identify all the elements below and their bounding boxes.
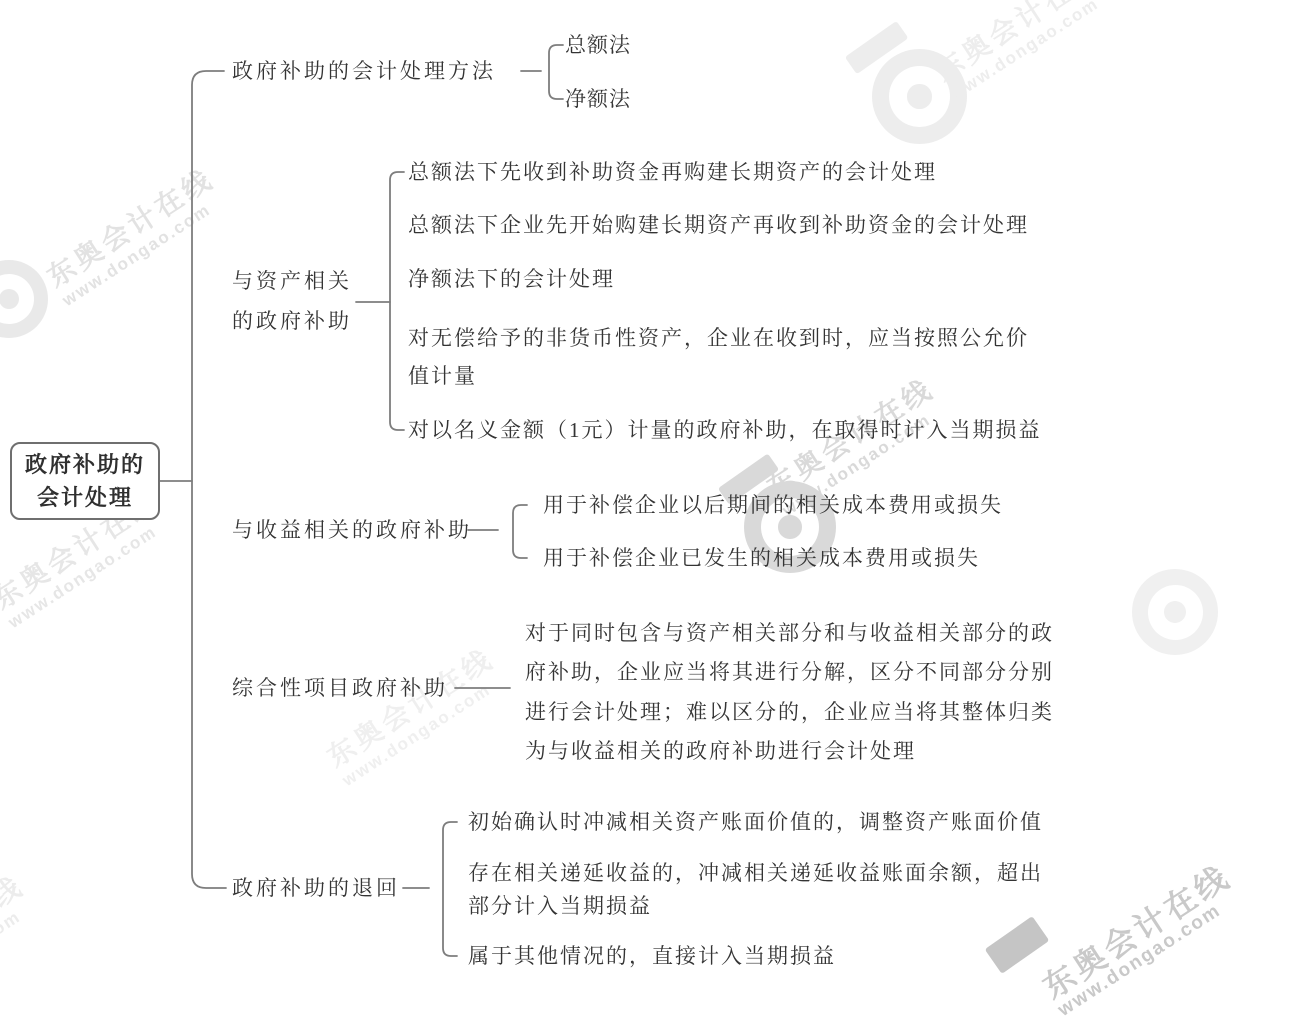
branch5-item: 初始确认时冲减相关资产账面价值的，调整资产账面价值 bbox=[468, 809, 1043, 835]
branch3-bracket bbox=[513, 505, 527, 558]
branch3-item: 用于补偿企业已发生的相关成本费用或损失 bbox=[543, 545, 980, 571]
branch1-label: 政府补助的会计处理方法 bbox=[232, 58, 496, 84]
branch5-bracket bbox=[443, 822, 457, 956]
branch4-paragraph-line1: 对于同时包含与资产相关部分和与收益相关部分的政 bbox=[525, 620, 1054, 646]
branch5-label: 政府补助的退回 bbox=[232, 875, 400, 901]
branch2-item-line2: 值计量 bbox=[408, 363, 477, 389]
branch2-item: 对以名义金额（1元）计量的政府补助，在取得时计入当期损益 bbox=[408, 417, 1042, 443]
spine bbox=[192, 71, 226, 888]
root-node: 政府补助的 会计处理 bbox=[10, 442, 160, 520]
branch4-paragraph-line3: 进行会计处理；难以区分的，企业应当将其整体归类 bbox=[525, 699, 1054, 725]
branch3-label: 与收益相关的政府补助 bbox=[232, 517, 472, 543]
branch5-item: 属于其他情况的，直接计入当期损益 bbox=[468, 943, 836, 969]
branch1-item: 总额法 bbox=[565, 32, 631, 58]
branch2-item-line1: 对无偿给予的非货币性资产，企业在收到时，应当按照公允价 bbox=[408, 325, 1029, 351]
branch5-item-line1: 存在相关递延收益的，冲减相关递延收益账面余额，超出 bbox=[468, 860, 1043, 886]
branch3-item: 用于补偿企业以后期间的相关成本费用或损失 bbox=[543, 492, 1003, 518]
branch5-item-line2: 部分计入当期损益 bbox=[468, 893, 652, 919]
branch1-item: 净额法 bbox=[565, 86, 631, 112]
root-label-line2: 会计处理 bbox=[37, 481, 133, 514]
branch4-paragraph-line4: 为与收益相关的政府补助进行会计处理 bbox=[525, 738, 916, 764]
mindmap-page: 东奥会计在线 www.dongao.com 东奥会计在线 www.dongao.… bbox=[0, 0, 1304, 1027]
branch2-item: 净额法下的会计处理 bbox=[408, 266, 615, 292]
branch2-item: 总额法下先收到补助资金再购建长期资产的会计处理 bbox=[408, 159, 937, 185]
branch4-paragraph-line2: 府补助，企业应当将其进行分解，区分不同部分分别 bbox=[525, 659, 1054, 685]
branch2-label-line1: 与资产相关 bbox=[232, 268, 352, 294]
branch2-bracket bbox=[390, 172, 404, 430]
branch4-label: 综合性项目政府补助 bbox=[232, 675, 448, 701]
branch1-bracket bbox=[549, 45, 563, 99]
branch2-item: 总额法下企业先开始购建长期资产再收到补助资金的会计处理 bbox=[408, 212, 1029, 238]
root-label-line1: 政府补助的 bbox=[25, 448, 145, 481]
branch2-label-line2: 的政府补助 bbox=[232, 308, 352, 334]
